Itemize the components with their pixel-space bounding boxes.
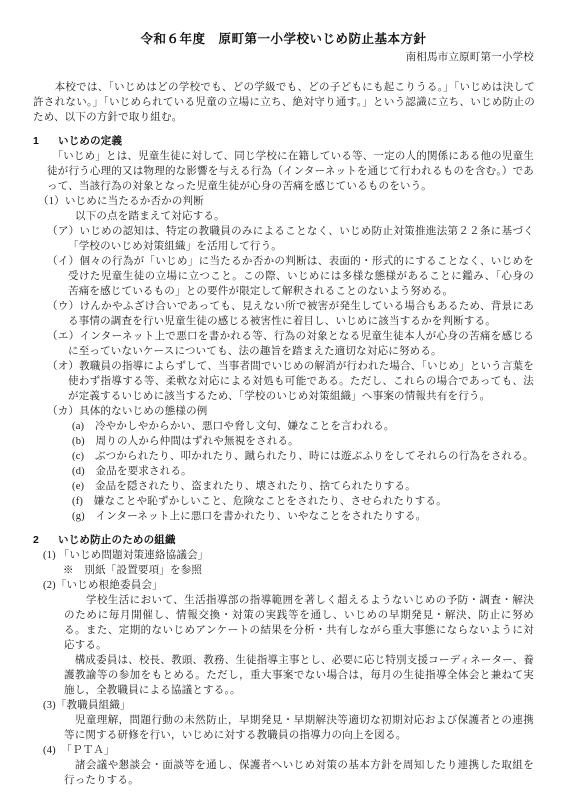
- section-heading: 2いじめ防止のための組織: [0, 533, 567, 548]
- document-page: 令和６年度 原町第一小学校いじめ防止基本方針 南相馬市立原町第一小学校 本校では…: [0, 0, 567, 800]
- example-f: (f) 嫌なことや恥ずかしいこと、危険なことをされたり、させられたりする。: [0, 494, 567, 509]
- example-a: (a) 冷やかしやからかい、悪口や脅し文句、嫌なことを言われる。: [0, 419, 567, 434]
- org-item-2-paragraph-2: 構成委員は、校長、教頭、教務、生徒指導主事とし、必要に応じ特別支援コーディネータ…: [0, 653, 567, 698]
- section-2: 2いじめ防止のための組織(1) 「いじめ問題対策連絡協議会」※ 別紙「設置要項」…: [0, 533, 567, 788]
- org-item-4: (4) 「ＰＴＡ」: [0, 743, 567, 758]
- item-1-lead: 以下の点を踏まえて対応する。: [0, 209, 567, 224]
- org-item-2-paragraph-1: 学校生活において、生活指導部の指導範囲を著しく超えるようないじめの予防・調査・解…: [0, 593, 567, 653]
- section-title: いじめ防止のための組織: [58, 534, 176, 546]
- section-1: 1いじめの定義 「いじめ」とは、児童生徒に対して、同じ学校に在籍している等、一定…: [0, 134, 567, 524]
- example-g: (g) インターネット上に悪口を書かれたり、いやなことをされたりする。: [0, 509, 567, 524]
- item-i: （イ）個々の行為が「いじめ」に当たるか否かの判断は、表面的・形式的にすることなく…: [0, 254, 567, 299]
- item-ka: （カ）具体的ないじめの態様の例: [0, 404, 567, 419]
- example-e: (e) 金品を隠されたり、盗まれたり、壊されたり、捨てられたりする。: [0, 479, 567, 494]
- item-o: （オ）教職員の指導によらずして、当事者間でいじめの解消が行われた場合、「いじめ」…: [0, 359, 567, 404]
- definition-paragraph: 「いじめ」とは、児童生徒に対して、同じ学校に在籍している等、一定の人的関係にある…: [0, 149, 567, 194]
- section-number: 2: [33, 533, 58, 548]
- document-title: 令和６年度 原町第一小学校いじめ防止基本方針: [0, 30, 567, 48]
- org-item-2: (2)「いじめ根絶委員会」: [0, 578, 567, 593]
- document-author: 南相馬市立原町第一小学校: [0, 50, 567, 65]
- example-b: (b) 周りの人から仲間はずれや無視をされる。: [0, 434, 567, 449]
- org-item-1: (1) 「いじめ問題対策連絡協議会」: [0, 548, 567, 563]
- item-u: （ウ）けんかやふざけ合いであっても、見えない所で被害が発生している場合もあるため…: [0, 299, 567, 329]
- example-d: (d) 金品を要求される。: [0, 464, 567, 479]
- org-item-4-paragraph: 諸会議や懇談会・面談等を通し、保護者へいじめ対策の基本方針を周知したり連携した取…: [0, 758, 567, 788]
- org-item-3-paragraph: 児童理解，問題行動の未然防止，早期発見・早期解決等適切な初期対応および保護者との…: [0, 713, 567, 743]
- org-item-1-note: ※ 別紙「設置要項」を参照: [0, 563, 567, 578]
- section-heading: 1いじめの定義: [0, 134, 567, 149]
- item-1: （1）いじめに当たるか否かの判断: [0, 194, 567, 209]
- document-sections: 1いじめの定義 「いじめ」とは、児童生徒に対して、同じ学校に在籍している等、一定…: [0, 134, 567, 788]
- example-c: (c) ぶつかられたり、叩かれたり、蹴られたり、時には遊ぶふりをしてそれらの行為…: [0, 449, 567, 464]
- org-item-3: (3)「教職員組織」: [0, 698, 567, 713]
- item-a: （ア）いじめの認知は、特定の教職員のみによることなく、いじめ防止対策推進法第２２…: [0, 224, 567, 254]
- item-e: （エ）インターネット上で悪口を書かれる等、行為の対象となる児童生徒本人が心身の苦…: [0, 329, 567, 359]
- intro-paragraph: 本校では、「いじめはどの学校でも、どの学級でも、どの子どもにも起こりうる。」「い…: [0, 80, 567, 125]
- section-number: 1: [33, 134, 58, 149]
- section-title: いじめの定義: [58, 135, 122, 147]
